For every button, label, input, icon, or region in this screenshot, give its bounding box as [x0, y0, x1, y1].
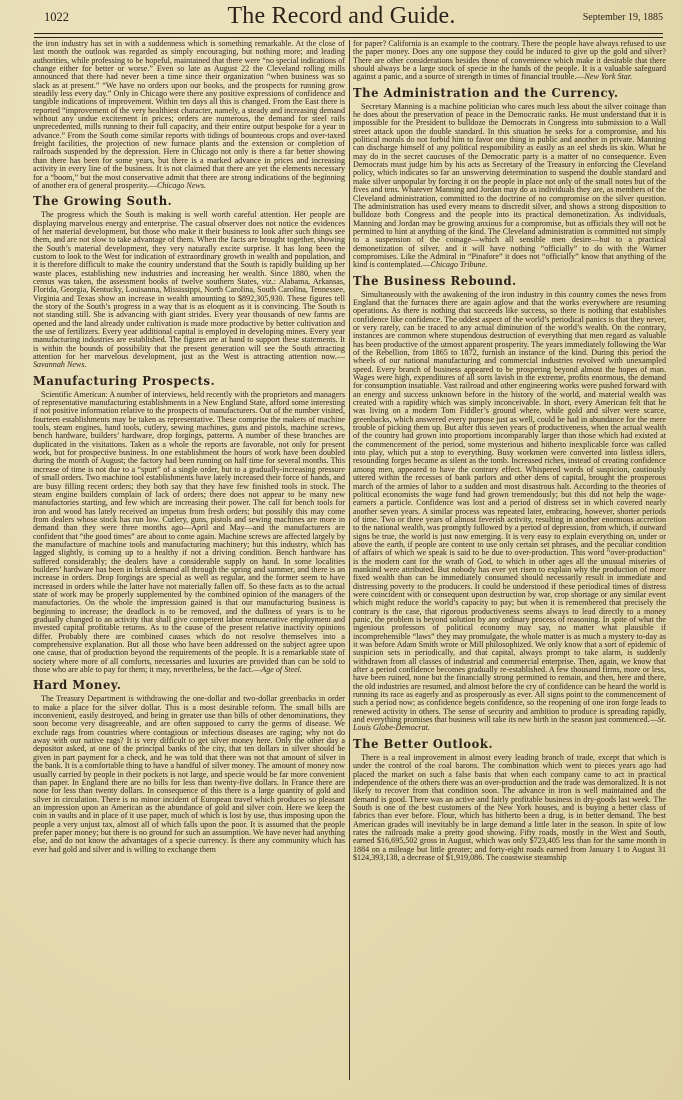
- article: Secretary Manning is a machine politicia…: [353, 103, 666, 270]
- article-heading: Hard Money.: [33, 679, 345, 693]
- article: Scientific American: A number of intervi…: [33, 391, 345, 675]
- continued-article: for paper? California is an example to t…: [353, 40, 666, 82]
- article-source: Savannah News.: [33, 360, 87, 369]
- article: Simultaneously with the awakening of the…: [353, 291, 666, 733]
- article-source: Chicago News.: [157, 181, 206, 190]
- article-heading: The Business Rebound.: [353, 274, 666, 288]
- article-body: Simultaneously with the awakening of the…: [353, 290, 666, 725]
- left-column: the iron industry has set in with a sudd…: [33, 40, 345, 854]
- article-source: New York Star.: [585, 72, 633, 81]
- newspaper-title: The Record and Guide.: [0, 3, 683, 30]
- column-divider: [349, 40, 350, 1080]
- article-body: the iron industry has set in with a sudd…: [33, 39, 345, 190]
- continued-article: the iron industry has set in with a sudd…: [33, 40, 345, 190]
- article: The progress which the South is making i…: [33, 211, 345, 370]
- article-source: Chicago Tribune.: [431, 260, 488, 269]
- article-body: There is a real improvement in almost ev…: [353, 753, 666, 862]
- article: The Treasury Department is withdrawing t…: [33, 695, 345, 854]
- article-heading: The Better Outlook.: [353, 737, 666, 751]
- masthead: 1022 The Record and Guide. September 19,…: [0, 0, 683, 40]
- article-heading: The Administration and the Currency.: [353, 86, 666, 100]
- issue-date: September 19, 1885: [583, 12, 663, 23]
- article: There is a real improvement in almost ev…: [353, 754, 666, 862]
- masthead-rule-thick: [34, 33, 663, 34]
- article-body: Scientific American: A number of intervi…: [33, 390, 345, 674]
- article-heading: The Growing South.: [33, 195, 345, 209]
- article-heading: Manufacturing Prospects.: [33, 374, 345, 388]
- article-body: The Treasury Department is withdrawing t…: [33, 694, 345, 853]
- article-body: Secretary Manning is a machine politicia…: [353, 102, 666, 270]
- article-body: The progress which the South is making i…: [33, 210, 345, 361]
- article-source: Age of Steel.: [261, 665, 302, 674]
- masthead-rule-thin: [34, 37, 663, 38]
- right-column: for paper? California is an example to t…: [353, 40, 666, 862]
